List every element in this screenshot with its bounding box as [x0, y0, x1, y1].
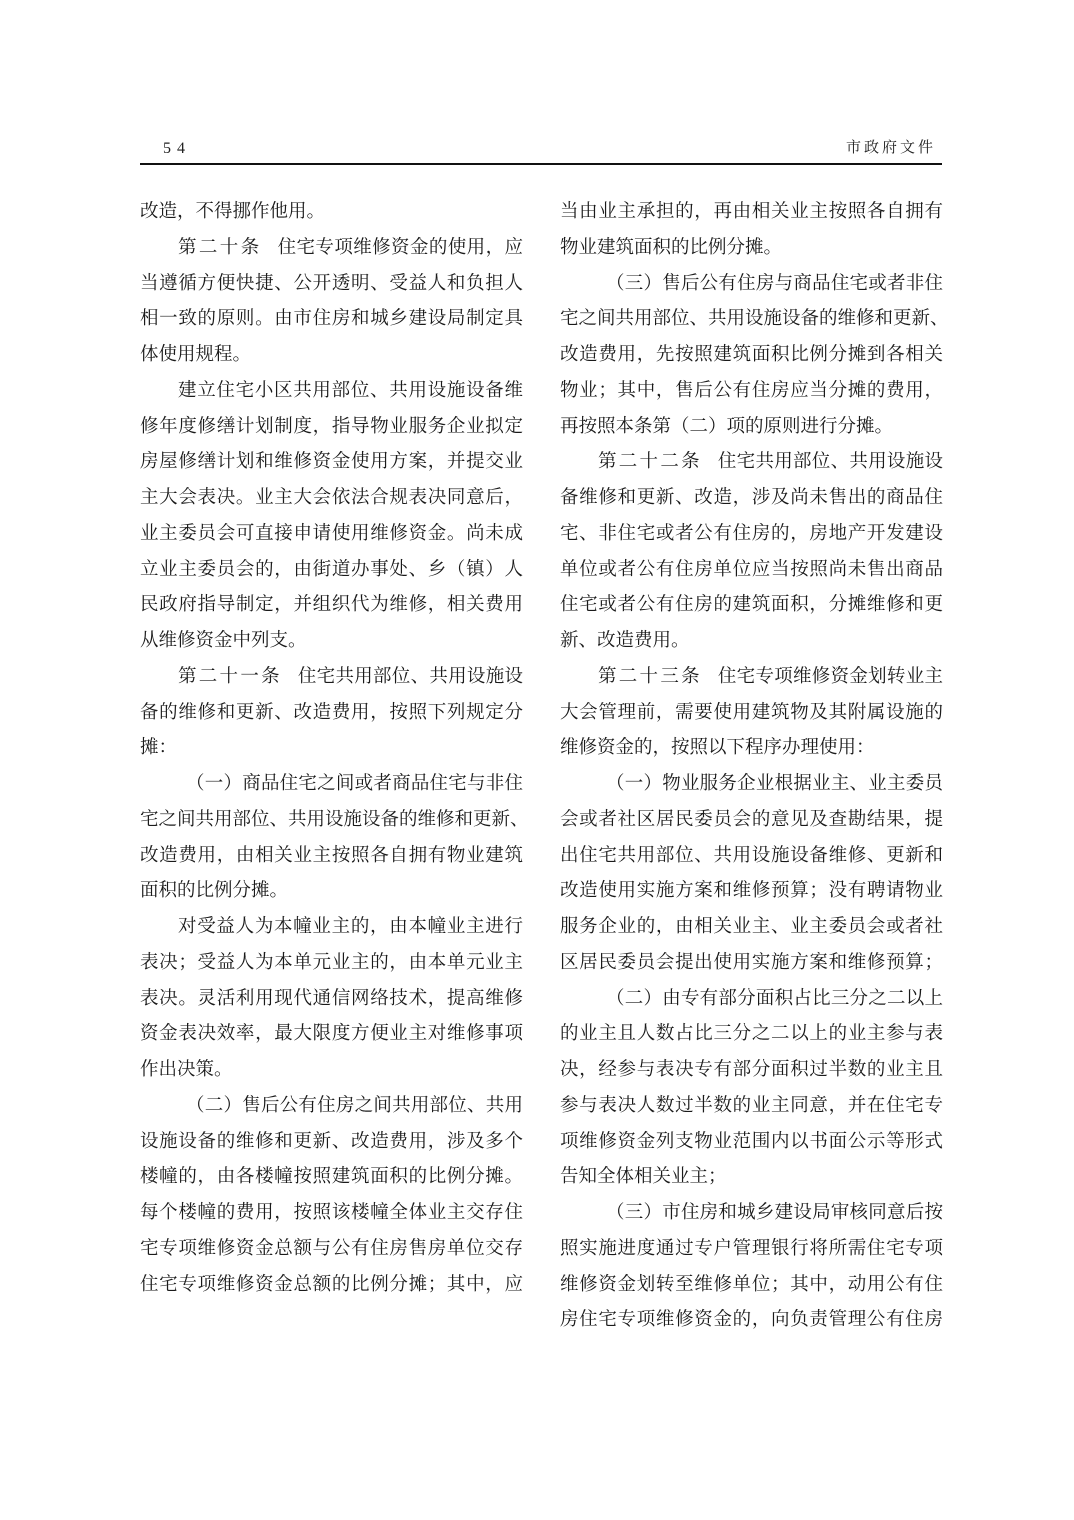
text-line: 新、改造费用。	[560, 623, 943, 659]
line-text: 当遵循方便快捷、公开透明、受益人和负担人	[140, 273, 523, 294]
text-line: 从维修资金中列支。	[140, 623, 523, 659]
page-header: 54 市政府文件	[140, 136, 942, 164]
line-text: 住宅或者公有住房的建筑面积，分摊维修和更	[560, 594, 943, 615]
line-text: 告知全体相关业主；	[560, 1166, 727, 1187]
line-text: 摊：	[140, 737, 177, 758]
line-text: 大会管理前，需要使用建筑物及其附属设施的	[560, 702, 943, 723]
text-line: （三）售后公有住房与商品住宅或者非住	[560, 266, 943, 302]
running-title: 市政府文件	[846, 136, 936, 157]
text-line: （二）售后公有住房之间共用部位、共用	[140, 1088, 523, 1124]
text-line: 单位或者公有住房单位应当按照尚未售出商品	[560, 552, 943, 588]
line-text: 宅、非住宅或者公有住房的，房地产开发建设	[560, 523, 943, 544]
text-line: 物业；其中，售后公有住房应当分摊的费用，	[560, 373, 943, 409]
text-line: 房屋修缮计划和维修资金使用方案，并提交业	[140, 444, 523, 480]
text-line: 改造使用实施方案和维修预算；没有聘请物业	[560, 873, 943, 909]
line-text: 维修资金的，按照以下程序办理使用：	[560, 737, 875, 758]
line-text: 备的维修和更新、改造费用，按照下列规定分	[140, 702, 523, 723]
line-text: 相一致的原则。由市住房和城乡建设局制定具	[140, 308, 523, 329]
line-text: （一）商品住宅之间或者商品住宅与非住	[186, 773, 523, 794]
text-line: 改造费用，由相关业主按照各自拥有物业建筑	[140, 838, 523, 874]
line-text: 住宅共用部位、共用设施设	[718, 451, 943, 472]
line-text: 会或者社区居民委员会的意见及查勘结果，提	[560, 809, 943, 830]
text-line: 改造费用，先按照建筑面积比例分摊到各相关	[560, 337, 943, 373]
article-line: 第二十二条住宅共用部位、共用设施设	[560, 444, 943, 480]
text-line: 对受益人为本幢业主的，由本幢业主进行	[140, 909, 523, 945]
line-text: 体使用规程。	[140, 344, 251, 365]
line-text: 改造费用，由相关业主按照各自拥有物业建筑	[140, 845, 523, 866]
left-column: 改造，不得挪作他用。第二十条住宅专项维修资金的使用，应当遵循方便快捷、公开透明、…	[140, 194, 523, 1302]
text-line: 摊：	[140, 730, 523, 766]
page-number: 54	[163, 140, 191, 158]
text-line: 备的维修和更新、改造费用，按照下列规定分	[140, 695, 523, 731]
text-line: 照实施进度通过专户管理银行将所需住宅专项	[560, 1231, 943, 1267]
right-column: 当由业主承担的，再由相关业主按照各自拥有物业建筑面积的比例分摊。（三）售后公有住…	[560, 194, 943, 1338]
text-line: 的业主且人数占比三分之二以上的业主参与表	[560, 1016, 943, 1052]
line-text: 住宅专项维修资金划转业主	[718, 666, 943, 687]
text-line: 建立住宅小区共用部位、共用设施设备维	[140, 373, 523, 409]
text-line: 宅之间共用部位、共用设施设备的维修和更新、	[560, 301, 943, 337]
line-text: 每个楼幢的费用，按照该楼幢全体业主交存住	[140, 1202, 523, 1223]
line-text: 表决；受益人为本单元业主的，由本单元业主	[140, 952, 523, 973]
text-line: 宅之间共用部位、共用设施设备的维修和更新、	[140, 802, 523, 838]
line-text: 楼幢的，由各楼幢按照建筑面积的比例分摊。	[140, 1166, 523, 1187]
text-line: 当由业主承担的，再由相关业主按照各自拥有	[560, 194, 943, 230]
line-text: 项维修资金列支物业范围内以书面公示等形式	[560, 1131, 943, 1152]
text-line: 修年度修缮计划制度，指导物业服务企业拟定	[140, 409, 523, 445]
text-line: （三）市住房和城乡建设局审核同意后按	[560, 1195, 943, 1231]
line-text: 物业；其中，售后公有住房应当分摊的费用，	[560, 380, 943, 401]
text-line: （一）物业服务企业根据业主、业主委员	[560, 766, 943, 802]
line-text: 主大会表决。业主大会依法合规表决同意后，	[140, 487, 523, 508]
line-text: 照实施进度通过专户管理银行将所需住宅专项	[560, 1238, 943, 1259]
line-text: 从维修资金中列支。	[140, 630, 307, 651]
text-line: 物业建筑面积的比例分摊。	[560, 230, 943, 266]
line-text: 服务企业的，由相关业主、业主委员会或者社	[560, 916, 943, 937]
line-text: 房住宅专项维修资金的，向负责管理公有住房	[560, 1309, 943, 1330]
line-text: 的业主且人数占比三分之二以上的业主参与表	[560, 1023, 943, 1044]
line-text: 区居民委员会提出使用实施方案和维修预算；	[560, 952, 943, 973]
line-text: 住宅专项维修资金的使用，应	[278, 237, 523, 258]
line-text: 单位或者公有住房单位应当按照尚未售出商品	[560, 559, 943, 580]
line-text: 建立住宅小区共用部位、共用设施设备维	[178, 380, 523, 401]
line-text: 民政府指导制定，并组织代为维修，相关费用	[140, 594, 523, 615]
text-line: 维修资金的，按照以下程序办理使用：	[560, 730, 943, 766]
line-text: 决，经参与表决专有部分面积过半数的业主且	[560, 1059, 943, 1080]
text-line: 区居民委员会提出使用实施方案和维修预算；	[560, 945, 943, 981]
line-text: （二）由专有部分面积占比三分之二以上	[606, 988, 943, 1009]
text-line: 主大会表决。业主大会依法合规表决同意后，	[140, 480, 523, 516]
line-text: （三）市住房和城乡建设局审核同意后按	[606, 1202, 943, 1223]
line-text: 宅专项维修资金总额与公有住房售房单位交存	[140, 1238, 523, 1259]
text-line: 作出决策。	[140, 1052, 523, 1088]
line-text: 对受益人为本幢业主的，由本幢业主进行	[178, 916, 523, 937]
line-text: 再按照本条第（二）项的原则进行分摊。	[560, 416, 893, 437]
text-line: （二）由专有部分面积占比三分之二以上	[560, 981, 943, 1017]
text-line: 再按照本条第（二）项的原则进行分摊。	[560, 409, 943, 445]
line-text: 物业建筑面积的比例分摊。	[560, 237, 782, 258]
text-line: 资金表决效率，最大限度方便业主对维修事项	[140, 1016, 523, 1052]
article-label: 第二十条	[178, 237, 262, 258]
header-rule	[140, 163, 942, 165]
line-text: 出住宅共用部位、共用设施设备维修、更新和	[560, 845, 943, 866]
text-line: 参与表决人数过半数的业主同意，并在住宅专	[560, 1088, 943, 1124]
line-text: 当由业主承担的，再由相关业主按照各自拥有	[560, 201, 943, 222]
article-label: 第二十一条	[178, 666, 282, 687]
article-label: 第二十二条	[598, 451, 702, 472]
text-line: 决，经参与表决专有部分面积过半数的业主且	[560, 1052, 943, 1088]
text-line: 住宅专项维修资金总额的比例分摊；其中，应	[140, 1267, 523, 1303]
line-text: （三）售后公有住房与商品住宅或者非住	[606, 273, 943, 294]
text-line: （一）商品住宅之间或者商品住宅与非住	[140, 766, 523, 802]
text-line: 会或者社区居民委员会的意见及查勘结果，提	[560, 802, 943, 838]
line-text: 表决。灵活利用现代通信网络技术，提高维修	[140, 988, 523, 1009]
line-text: 新、改造费用。	[560, 630, 690, 651]
text-line: 当遵循方便快捷、公开透明、受益人和负担人	[140, 266, 523, 302]
text-line: 每个楼幢的费用，按照该楼幢全体业主交存住	[140, 1195, 523, 1231]
text-line: 项维修资金列支物业范围内以书面公示等形式	[560, 1124, 943, 1160]
article-line: 第二十一条住宅共用部位、共用设施设	[140, 659, 523, 695]
line-text: 住宅共用部位、共用设施设	[298, 666, 523, 687]
line-text: 备维修和更新、改造，涉及尚未售出的商品住	[560, 487, 943, 508]
line-text: （一）物业服务企业根据业主、业主委员	[606, 773, 943, 794]
line-text: 住宅专项维修资金总额的比例分摊；其中，应	[140, 1274, 523, 1295]
text-line: 表决。灵活利用现代通信网络技术，提高维修	[140, 981, 523, 1017]
line-text: 修年度修缮计划制度，指导物业服务企业拟定	[140, 416, 523, 437]
line-text: 设施设备的维修和更新、改造费用，涉及多个	[140, 1131, 523, 1152]
text-line: 大会管理前，需要使用建筑物及其附属设施的	[560, 695, 943, 731]
text-line: 立业主委员会的，由街道办事处、乡（镇）人	[140, 552, 523, 588]
article-line: 第二十条住宅专项维修资金的使用，应	[140, 230, 523, 266]
text-line: 设施设备的维修和更新、改造费用，涉及多个	[140, 1124, 523, 1160]
text-line: 备维修和更新、改造，涉及尚未售出的商品住	[560, 480, 943, 516]
line-text: 作出决策。	[140, 1059, 233, 1080]
text-line: 表决；受益人为本单元业主的，由本单元业主	[140, 945, 523, 981]
line-text: 宅之间共用部位、共用设施设备的维修和更新、	[560, 308, 943, 329]
text-line: 服务企业的，由相关业主、业主委员会或者社	[560, 909, 943, 945]
line-text: 参与表决人数过半数的业主同意，并在住宅专	[560, 1095, 943, 1116]
line-text: 宅之间共用部位、共用设施设备的维修和更新、	[140, 809, 523, 830]
text-line: 体使用规程。	[140, 337, 523, 373]
text-line: 面积的比例分摊。	[140, 873, 523, 909]
text-line: 业主委员会可直接申请使用维修资金。尚未成	[140, 516, 523, 552]
text-line: 民政府指导制定，并组织代为维修，相关费用	[140, 587, 523, 623]
text-line: 改造，不得挪作他用。	[140, 194, 523, 230]
text-line: 宅、非住宅或者公有住房的，房地产开发建设	[560, 516, 943, 552]
line-text: 立业主委员会的，由街道办事处、乡（镇）人	[140, 559, 523, 580]
line-text: 房屋修缮计划和维修资金使用方案，并提交业	[140, 451, 523, 472]
article-line: 第二十三条住宅专项维修资金划转业主	[560, 659, 943, 695]
text-line: 宅专项维修资金总额与公有住房售房单位交存	[140, 1231, 523, 1267]
line-text: 业主委员会可直接申请使用维修资金。尚未成	[140, 523, 523, 544]
text-line: 房住宅专项维修资金的，向负责管理公有住房	[560, 1302, 943, 1338]
text-line: 住宅或者公有住房的建筑面积，分摊维修和更	[560, 587, 943, 623]
text-line: 维修资金划转至维修单位；其中，动用公有住	[560, 1267, 943, 1303]
line-text: 维修资金划转至维修单位；其中，动用公有住	[560, 1274, 943, 1295]
line-text: 改造费用，先按照建筑面积比例分摊到各相关	[560, 344, 943, 365]
line-text: 改造使用实施方案和维修预算；没有聘请物业	[560, 880, 943, 901]
text-line: 告知全体相关业主；	[560, 1159, 943, 1195]
text-line: 相一致的原则。由市住房和城乡建设局制定具	[140, 301, 523, 337]
line-text: 资金表决效率，最大限度方便业主对维修事项	[140, 1023, 523, 1044]
text-line: 楼幢的，由各楼幢按照建筑面积的比例分摊。	[140, 1159, 523, 1195]
line-text: 改造，不得挪作他用。	[140, 201, 325, 222]
text-line: 出住宅共用部位、共用设施设备维修、更新和	[560, 838, 943, 874]
article-label: 第二十三条	[598, 666, 702, 687]
line-text: （二）售后公有住房之间共用部位、共用	[186, 1095, 523, 1116]
line-text: 面积的比例分摊。	[140, 880, 288, 901]
